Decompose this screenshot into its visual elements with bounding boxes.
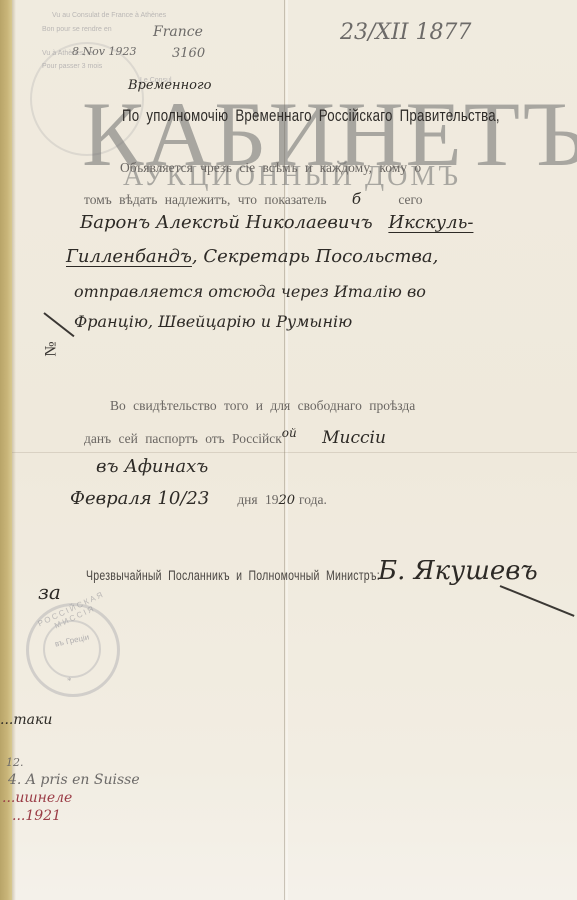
mission-seal: РОССІЙСКАЯ МИССІЯ въ Греціи * <box>26 603 120 697</box>
body-line-2-printed: томъ вѣдать надлежитъ, что показатель <box>84 192 326 207</box>
bearer-route-line-1: отправляется отсюда через Италію во <box>74 282 426 301</box>
visa-print-line: Vu au Consulat de France à Athènes <box>52 12 166 19</box>
passport-page: Vu au Consulat de France à Athènes Bon p… <box>0 0 577 900</box>
seal-star-icon: * <box>67 676 72 686</box>
issue-date-year-label: года. <box>299 492 327 507</box>
vertical-fold-highlight <box>286 0 288 900</box>
bearer-route-line-2: Францію, Швейцарію и Румынію <box>74 312 352 331</box>
bottom-note-line-3: 4. A pris en Suisse <box>8 772 140 788</box>
faint-round-stamp <box>30 42 144 156</box>
certification-line-1: Во свидѣтельство того и для свободнаго п… <box>110 398 415 414</box>
visa-destination: France <box>153 24 203 40</box>
certification-printed-issuer: данъ сей паспортъ отъ Россійск <box>84 431 282 446</box>
signature-prefix-za: за <box>38 580 61 604</box>
bearer-surname-part-1: Икскуль- <box>388 212 473 233</box>
minister-title: Чрезвычайный Посланникъ и Полномочный Ми… <box>86 568 380 583</box>
minister-signature: Б. Якушевъ <box>378 556 538 586</box>
bearer-name-line-1: Баронъ Алексѣй Николаевичъ Икскуль- <box>80 212 473 233</box>
body-line-1: Объявляется чрезъ сіе всѣмъ и каждому, к… <box>120 160 421 176</box>
document-number-value-stroke <box>43 312 74 337</box>
bearer-surname-part-2: Гилленбандъ <box>66 246 192 267</box>
issue-date-line: Февраля 10/23 дня 1920 года. <box>70 488 327 509</box>
certification-hand-suffix: ой <box>282 426 297 440</box>
bottom-note-red-line-2: ...1921 <box>12 808 61 824</box>
visa-print-line: Bon pour se rendre en <box>42 26 112 33</box>
auction-watermark: КАБИНЕТЪ АУКЦИОННЫЙ ДОМЪ <box>82 88 502 192</box>
visa-date: 8 Nov 1923 <box>72 45 136 58</box>
document-number-label: № <box>43 341 61 356</box>
issue-year-handwritten: 20 <box>279 493 296 508</box>
handwritten-insert-vremennago: Временного <box>128 78 211 93</box>
issuing-mission: Миссіи <box>322 428 386 448</box>
horizontal-fold-line <box>12 452 577 453</box>
bottom-note-line-1: ...таки <box>0 712 52 728</box>
issue-date-day-label: дня 19 <box>237 492 278 507</box>
archival-date-note: 23/XII 1877 <box>340 20 471 45</box>
bearer-position: , Секретарь Посольства, <box>192 246 438 267</box>
bearer-given-name: Баронъ Алексѣй Николаевичъ <box>80 212 373 233</box>
visa-number: 3160 <box>172 46 205 61</box>
body-line-2: томъ вѣдать надлежитъ, что показатель б … <box>84 190 423 208</box>
body-line-2-handwritten: б <box>352 190 361 208</box>
bottom-note-line-2: 12. <box>6 756 24 769</box>
vertical-fold-line <box>284 0 285 900</box>
body-line-2-end: сего <box>398 192 422 207</box>
issuing-city: въ Афинахъ <box>96 456 208 477</box>
bearer-name-line-2: Гилленбандъ, Секретарь Посольства, <box>66 246 438 267</box>
passport-header: По уполномочію Временнаго Россійскаго Пр… <box>122 106 500 126</box>
visa-print-line: Pour passer 3 mois <box>42 63 102 70</box>
issue-date-handwritten: Февраля 10/23 <box>70 488 209 509</box>
certification-line-2: данъ сей паспортъ отъ Россійской Миссіи <box>84 428 386 448</box>
bottom-note-red-line-1: ...ишнеле <box>2 790 72 806</box>
signature-flourish <box>500 585 575 617</box>
